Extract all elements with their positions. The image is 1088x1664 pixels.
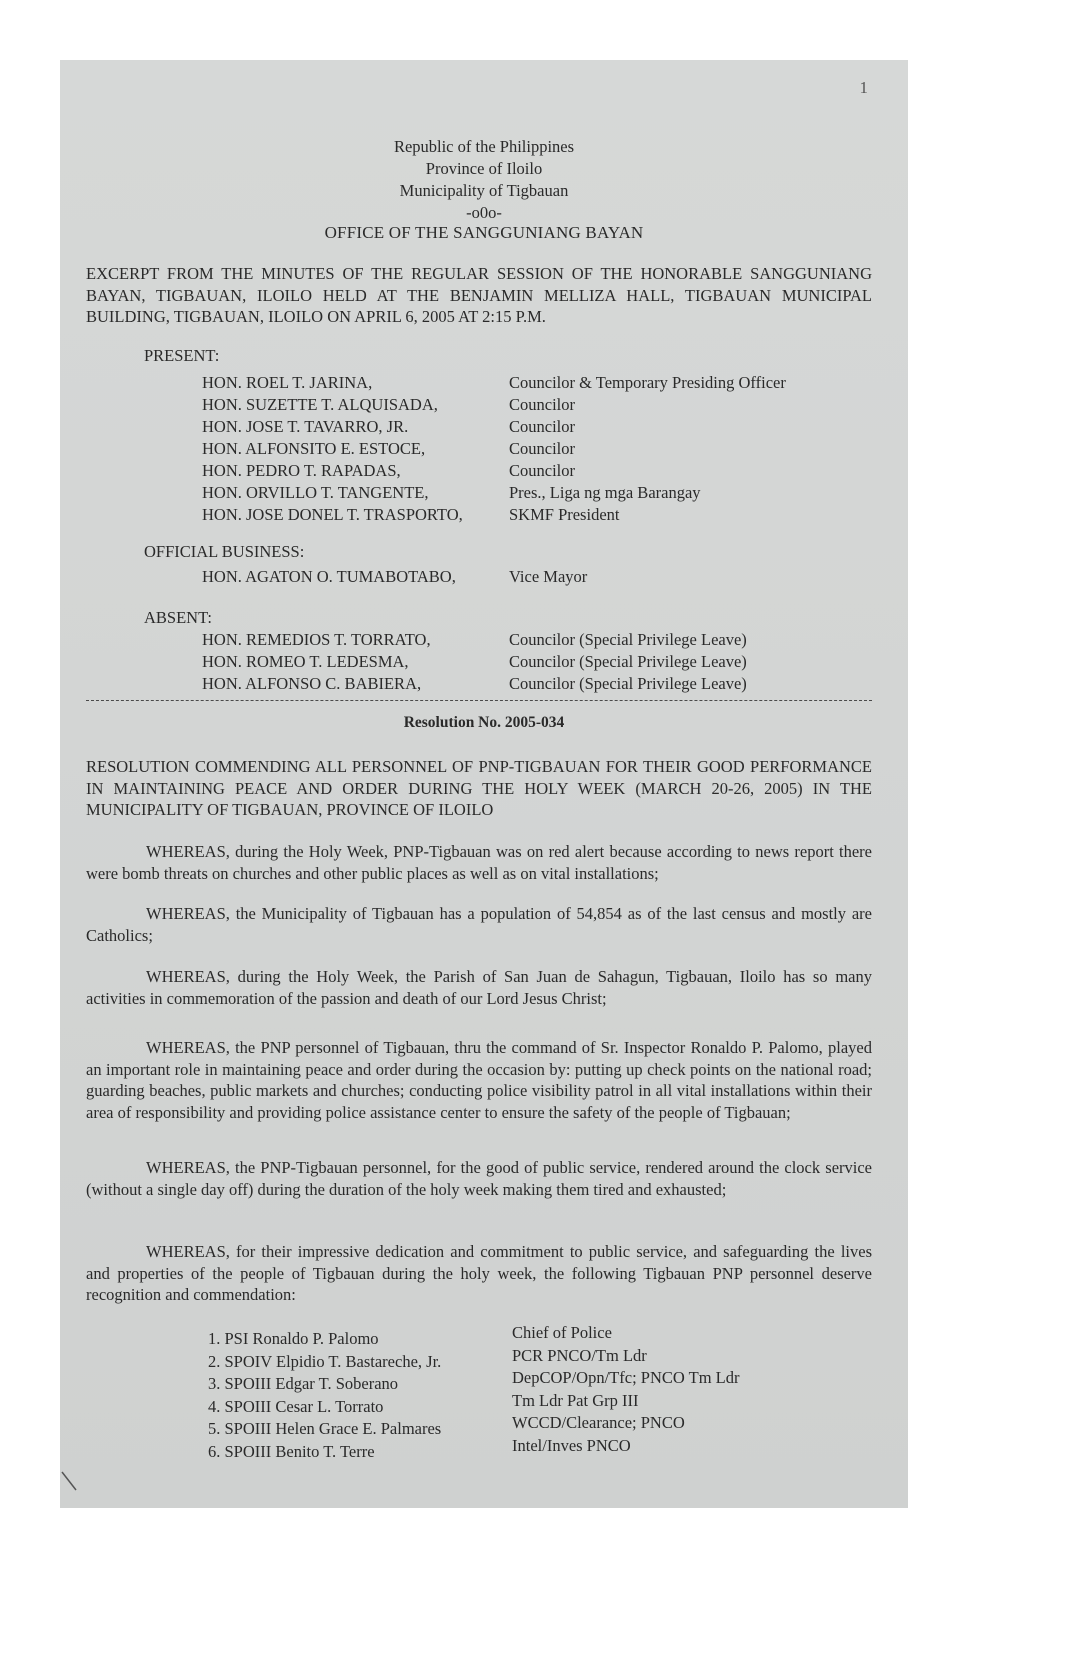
- attendee-role: SKMF President: [509, 504, 619, 526]
- personnel-name: 1. PSI Ronaldo P. Palomo: [208, 1328, 441, 1351]
- attendee-role: Councilor (Special Privilege Leave): [509, 673, 747, 695]
- whereas-clause: WHEREAS, during the Holy Week, the Paris…: [86, 966, 872, 1009]
- resolution-number: Resolution No. 2005-034: [60, 714, 908, 732]
- attendee-role: Pres., Liga ng mga Barangay: [509, 482, 701, 504]
- personnel-position: Tm Ldr Pat Grp III: [512, 1390, 739, 1413]
- attendee-name: HON. AGATON O. TUMABOTABO,: [202, 566, 456, 588]
- page-number: 1: [860, 78, 869, 98]
- whereas-clause: WHEREAS, for their impressive dedication…: [86, 1241, 872, 1306]
- present-label: PRESENT:: [144, 346, 219, 366]
- personnel-position: PCR PNCO/Tm Ldr: [512, 1345, 739, 1368]
- resolution-title: RESOLUTION COMMENDING ALL PERSONNEL OF P…: [86, 756, 872, 821]
- attendee-name: HON. ROMEO T. LEDESMA,: [202, 651, 409, 673]
- personnel-position: WCCD/Clearance; PNCO: [512, 1412, 739, 1435]
- attendee-name: HON. JOSE T. TAVARRO, JR.: [202, 416, 408, 438]
- attendee-role: Councilor (Special Privilege Leave): [509, 629, 747, 651]
- attendee-name: HON. SUZETTE T. ALQUISADA,: [202, 394, 438, 416]
- attendee-name: HON. ROEL T. JARINA,: [202, 372, 372, 394]
- whereas-clause: WHEREAS, the PNP personnel of Tigbauan, …: [86, 1037, 872, 1123]
- attendee-role: Councilor: [509, 394, 575, 416]
- official-business-label: OFFICIAL BUSINESS:: [144, 542, 304, 562]
- header-republic: Republic of the Philippines: [60, 136, 908, 158]
- personnel-name: 4. SPOIII Cesar L. Torrato: [208, 1396, 441, 1419]
- excerpt-heading: EXCERPT FROM THE MINUTES OF THE REGULAR …: [86, 263, 872, 328]
- personnel-name: 5. SPOIII Helen Grace E. Palmares: [208, 1418, 441, 1441]
- attendee-role: Councilor (Special Privilege Leave): [509, 651, 747, 673]
- attendee-name: HON. PEDRO T. RAPADAS,: [202, 460, 401, 482]
- attendee-name: HON. REMEDIOS T. TORRATO,: [202, 629, 431, 651]
- whereas-clause: WHEREAS, during the Holy Week, PNP-Tigba…: [86, 841, 872, 884]
- personnel-position: Chief of Police: [512, 1322, 739, 1345]
- personnel-position: Intel/Inves PNCO: [512, 1435, 739, 1458]
- attendee-role: Councilor: [509, 438, 575, 460]
- document-page: 1 Republic of the Philippines Province o…: [60, 60, 908, 1508]
- attendee-role: Vice Mayor: [509, 566, 587, 588]
- personnel-names: 1. PSI Ronaldo P. Palomo 2. SPOIV Elpidi…: [208, 1328, 441, 1463]
- attendee-name: HON. ALFONSITO E. ESTOCE,: [202, 438, 425, 460]
- header-province: Province of Iloilo: [60, 158, 908, 180]
- header-municipality: Municipality of Tigbauan: [60, 180, 908, 202]
- header-separator: -o0o-: [60, 202, 908, 224]
- attendee-role: Councilor: [509, 460, 575, 482]
- attendee-role: Councilor & Temporary Presiding Officer: [509, 372, 786, 394]
- personnel-positions: Chief of Police PCR PNCO/Tm Ldr DepCOP/O…: [512, 1322, 739, 1457]
- personnel-name: 6. SPOIII Benito T. Terre: [208, 1441, 441, 1464]
- whereas-clause: WHEREAS, the PNP-Tigbauan personnel, for…: [86, 1157, 872, 1200]
- personnel-name: 3. SPOIII Edgar T. Soberano: [208, 1373, 441, 1396]
- personnel-name: 2. SPOIV Elpidio T. Bastareche, Jr.: [208, 1351, 441, 1374]
- scan-artifact-mark: [60, 1470, 80, 1494]
- absent-label: ABSENT:: [144, 608, 212, 628]
- whereas-clause: WHEREAS, the Municipality of Tigbauan ha…: [86, 903, 872, 946]
- attendee-name: HON. ORVILLO T. TANGENTE,: [202, 482, 429, 504]
- attendee-name: HON. JOSE DONEL T. TRASPORTO,: [202, 504, 463, 526]
- attendee-name: HON. ALFONSO C. BABIERA,: [202, 673, 421, 695]
- attendee-role: Councilor: [509, 416, 575, 438]
- office-title: OFFICE OF THE SANGGUNIANG BAYAN: [60, 223, 908, 243]
- personnel-position: DepCOP/Opn/Tfc; PNCO Tm Ldr: [512, 1367, 739, 1390]
- dashed-divider: [86, 700, 872, 701]
